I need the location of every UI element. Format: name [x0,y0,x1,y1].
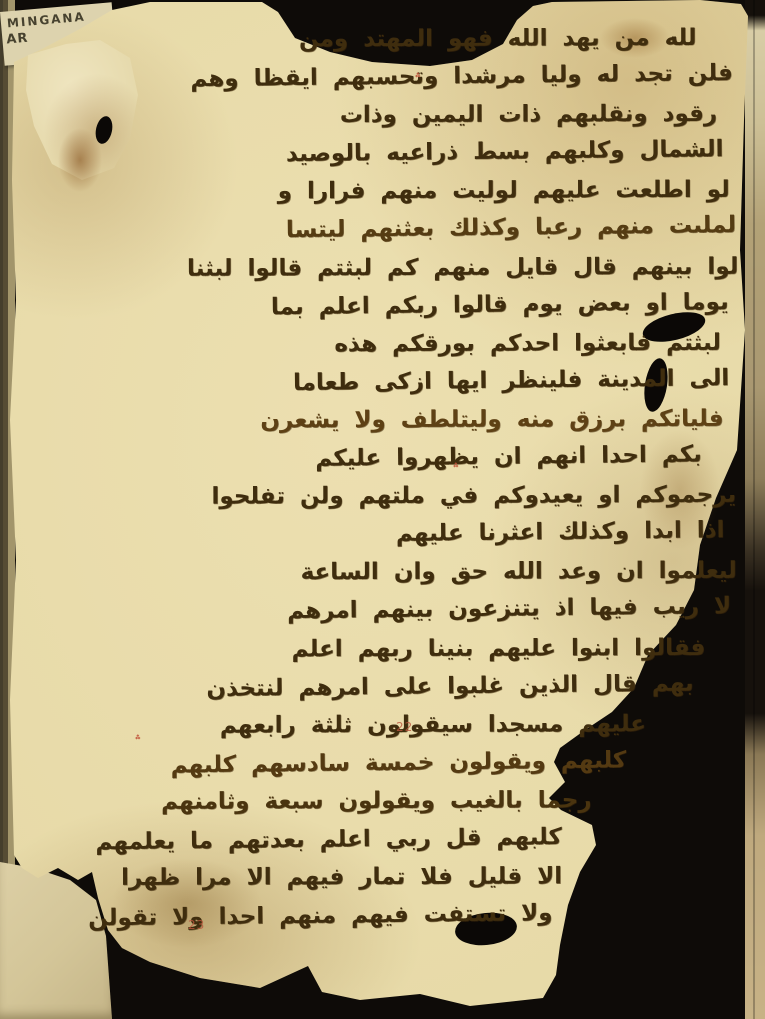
manuscript-photograph: MINGANA AR لله من يهد الله فهو المهتد وم… [0,0,765,1019]
manuscript-line: لبثتم فابعثوا احدكم بورقكم هذه [29,324,743,365]
manuscript-line: بكم احدا انهم ان يظهروا عليكم [30,435,744,481]
manuscript-text-block: لله من يهد الله فهو المهتد ومنفلن تجد له… [26,17,747,937]
underlying-page-edges [745,0,765,1019]
manuscript-line: يرجموكم او يعيدوكم في ملتهم ولن تفلحوا [30,476,744,517]
manuscript-line: بهم قال الذين غلبوا على امرهم لنتخذن [31,664,745,710]
manuscript-line: كلبهم قل ربي اعلم بعدتهم ما يعلمهم [33,816,747,862]
manuscript-line: لله من يهد الله فهو المهتد ومن [26,19,740,60]
red-verse-number-mark: 22 [396,720,413,734]
manuscript-line: الشمال وكلبهم بسط ذراعيه بالوصيد [27,130,741,176]
manuscript-line: رجما بالغيب ويقولون سبعة وثامنهم [32,781,746,822]
manuscript-line: ليعلموا ان وعد الله حق وان الساعة [31,552,745,593]
manuscript-line: الا قليل فلا تمار فيهم الا مرا ظهرا [33,857,747,898]
manuscript-line: لا ريب فيها اذ يتنزعون بينهم امرهم [31,587,745,633]
manuscript-line: فلن تجد له وليا مرشدا وتحسبهم ايقظا وهم [27,54,741,100]
red-dot-mark: ؞ [414,72,422,87]
red-verse-number-mark: 23 [188,918,205,932]
manuscript-line: لو اطلعت عليهم لوليت منهم فرارا و [28,171,742,212]
manuscript-line: لوا بينهم قال قايل منهم كم لبثتم قالوا ل… [28,247,742,288]
red-dot-mark: ؞ [134,734,142,749]
manuscript-line: يوما او بعض يوم قالوا ربكم اعلم بما [28,283,742,329]
page-edge-crease [753,0,755,1019]
manuscript-line: اذا ابدا وكذلك اعثرنا عليهم [30,511,744,557]
manuscript-line: ولا تستفت فيهم منهم احدا ولا تقولن [33,892,747,938]
red-dot-mark: ؞ [452,462,460,477]
manuscript-line: فقالوا ابنوا عليهم بنينا ربهم اعلم [31,628,745,669]
manuscript-line: الى المدينة فلينظر ايها ازكى طعاما [29,359,743,405]
manuscript-line: فلياتكم برزق منه وليتلطف ولا يشعرن [29,400,743,441]
manuscript-line: رقود ونقلبهم ذات اليمين وذات [27,95,741,136]
manuscript-line: لملىت منهم رعبا وكذلك بعثنهم ليتسا [28,206,742,252]
